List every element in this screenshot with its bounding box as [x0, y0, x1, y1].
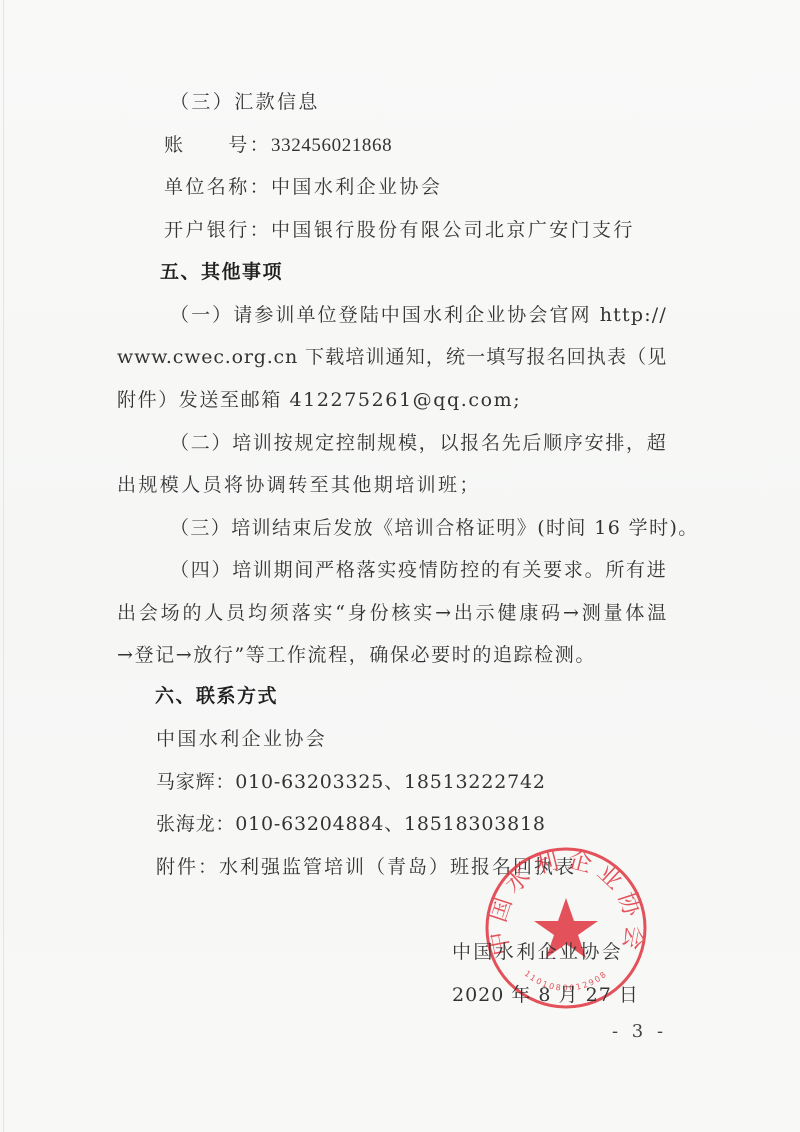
- section5-item4-line3: →登记→放行”等工作流程，确保必要时的追踪检测。: [117, 643, 673, 667]
- section5-item3-line1: （三）培训结束后发放《培训合格证明》(时间 16 学时)。: [170, 516, 726, 540]
- section5-item2-line1: （二）培训按规定控制规模，以报名先后顺序安排，超: [170, 431, 667, 455]
- attachment-note: 附件：水利强监管培训（青岛）班报名回执表: [156, 855, 712, 879]
- section5-item1-line3: 附件）发送至邮箱 412275261@qq.com;: [117, 388, 673, 412]
- scan-edge: [3, 0, 4, 1132]
- bank-row: 开户银行：中国银行股份有限公司北京广安门支行: [164, 218, 720, 242]
- signature-organization: 中国水利企业协会: [452, 940, 623, 964]
- unit-name: 中国水利企业协会: [271, 176, 442, 198]
- document-page: （三）汇款信息 账 号：332456021868 单位名称：中国水利企业协会 开…: [0, 0, 800, 1132]
- bank-name: 中国银行股份有限公司北京广安门支行: [271, 219, 635, 241]
- remittance-title: （三）汇款信息: [170, 90, 726, 114]
- contact-organization: 中国水利企业协会: [156, 727, 712, 751]
- section5-item1-line2: www.cwec.org.cn 下载培训通知，统一填写报名回执表（见: [117, 345, 667, 369]
- contact-person-2: 张海龙：010-63204884、18518303818: [156, 812, 712, 836]
- section5-item4-line2: 出会场的人员均须落实“身份核实→出示健康码→测量体温: [117, 601, 667, 625]
- account-label: 账 号：: [164, 134, 271, 156]
- page-number: - 3 -: [612, 1021, 667, 1042]
- signature-date: 2020 年 8 月 27 日: [452, 983, 639, 1007]
- contact-person-1: 马家辉：010-63203325、18513222742: [156, 770, 712, 794]
- bank-label: 开户银行：: [164, 219, 271, 241]
- section5-item1-line1: （一）请参训单位登陆中国水利企业协会官网 http://: [170, 303, 667, 327]
- account-row: 账 号：332456021868: [164, 133, 720, 158]
- unit-label: 单位名称：: [164, 176, 271, 198]
- section6-heading: 六、联系方式: [155, 684, 711, 708]
- section5-item4-line1: （四）培训期间严格落实疫情防控的有关要求。所有进: [170, 558, 667, 582]
- section5-heading: 五、其他事项: [160, 260, 716, 284]
- section5-item2-line2: 出规模人员将协调转至其他期培训班；: [117, 473, 673, 497]
- unit-row: 单位名称：中国水利企业协会: [164, 175, 720, 199]
- account-number: 332456021868: [271, 135, 392, 156]
